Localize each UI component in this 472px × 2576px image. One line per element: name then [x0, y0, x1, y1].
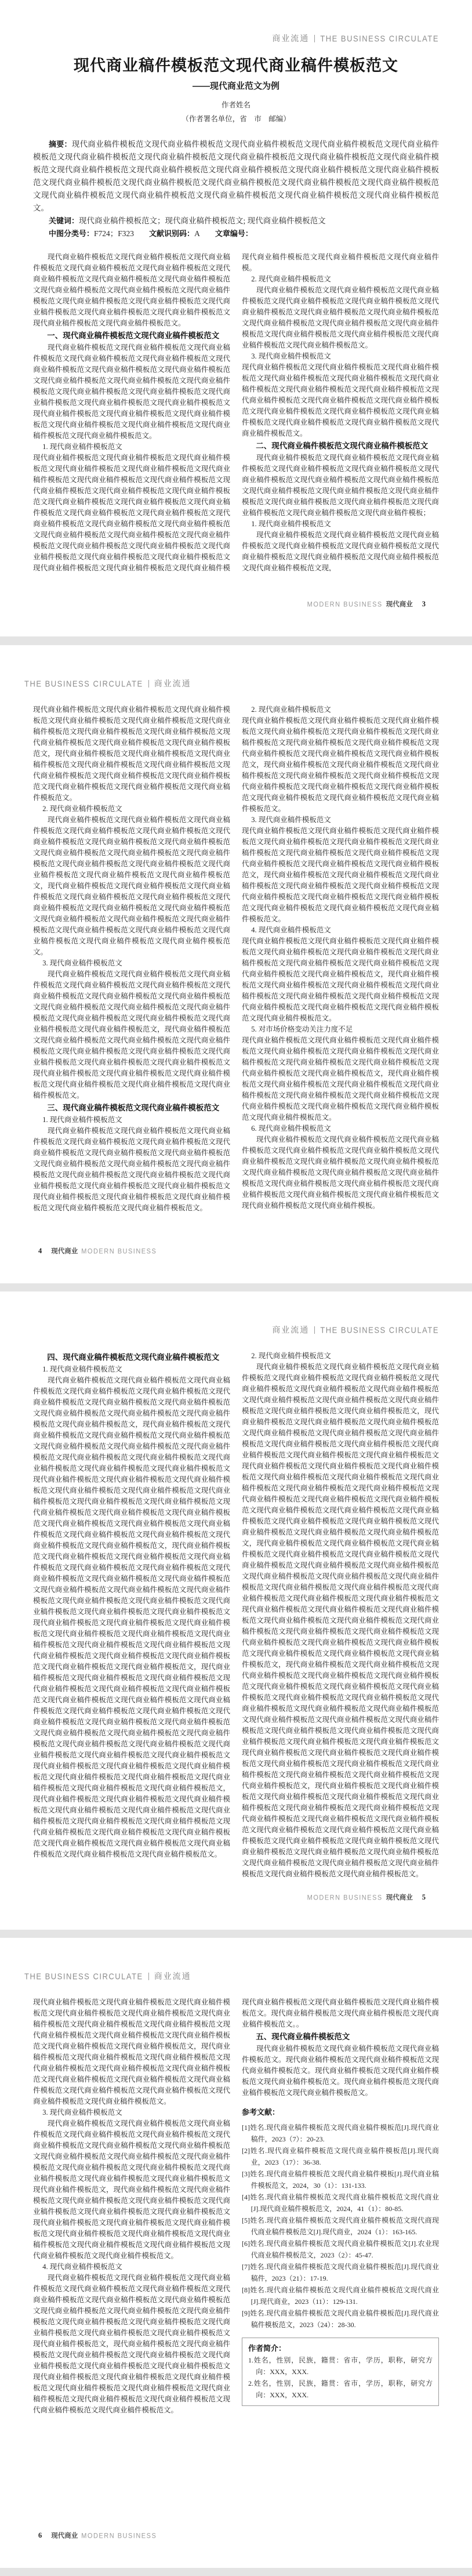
page-footer: 6现代商业MODERN BUSINESS — [38, 2531, 157, 2540]
page-3: 商业流通THE BUSINESS CIRCULATE 四、现代商业稿件模板范文现… — [0, 1291, 472, 1930]
body-paragraph: 现代商业稿件模板范文现代商业稿件模板范文现代商业稿件模板范文现代商业稿件模板范文… — [33, 704, 230, 804]
author-affiliation: （作者署名单位，省 市 邮编） — [0, 114, 472, 124]
journal-header: THE BUSINESS CIRCULATE商业流通 — [0, 645, 472, 689]
journal-section-en: THE BUSINESS CIRCULATE — [320, 34, 439, 44]
journal-header: THE BUSINESS CIRCULATE商业流通 — [0, 1938, 472, 1982]
page-gap — [0, 1283, 472, 1291]
section-heading: 三、现代商业稿件模板范文现代商业稿件模板范文 — [33, 1102, 230, 1114]
sub-heading: 3. 现代商业稿件模板范文 — [33, 2107, 230, 2118]
journal-name-zh: 现代商业 — [51, 2532, 78, 2539]
body-paragraph: 现代商业稿件模板范文现代商业稿件模板范文现代商业稿件模板范文现代商业稿件模板范文… — [33, 815, 230, 958]
body-paragraph: 现代商业稿件模板范文现代商业稿件模板范文现代商业稿件模板范文现代商业稿件模板范文… — [242, 1035, 439, 1123]
article-no-label: 文章编号： — [215, 229, 253, 238]
body-paragraph: 现代商业稿件模板范文现代商业稿件模板范文现代商业稿件模板范文现代商业稿件模板范文… — [242, 530, 439, 571]
reference-item: [4]姓名.现代商业稿件模板范文现代商业稿件模板范文现代商业[J].现代商业稿件… — [242, 2191, 439, 2215]
article-title: 现代商业稿件模板范文现代商业稿件模板范文 — [23, 56, 449, 75]
reference-item: [7]姓名.现代商业稿件模板范文现代商业稿件模板范[J].现代商业稿件，2023… — [242, 2261, 439, 2284]
journal-header: 商业流通THE BUSINESS CIRCULATE — [0, 1291, 472, 1336]
page-footer: MODERN BUSINESS现代商业5 — [307, 1893, 426, 1902]
body-paragraph: 现代商业稿件模板范文现代商业稿件模板范文现代商业稿件模板范文现代商业稿件模板范文… — [33, 1997, 230, 2107]
sub-heading: 4. 现代商业稿件模板范文 — [33, 2262, 230, 2273]
right-column: 2. 现代商业稿件模板范文现代商业稿件模板范文现代商业稿件模板范文现代商业稿件模… — [242, 704, 439, 1211]
abstract-label: 摘要： — [49, 140, 72, 149]
clc-value: F724；F323 — [94, 229, 134, 238]
body-paragraph: 现代商业稿件模板范文现代商业稿件模板范文现代商业稿件模板范文现代商业稿件模板范文… — [33, 969, 230, 1101]
body-columns: 四、现代商业稿件模板范文现代商业稿件模板范文1. 现代商业稿件模板范文现代商业稿… — [33, 1351, 439, 1880]
clc-label: 中图分类号： — [49, 229, 94, 238]
section-heading: 一、现代商业稿件模板范文现代商业稿件模板范文 — [33, 330, 230, 342]
body-columns: 现代商业稿件模板范文现代商业稿件模板范文现代商业稿件模板范文现代商业稿件模板范文… — [33, 1997, 439, 2519]
header-divider — [314, 1326, 315, 1334]
journal-section-en: THE BUSINESS CIRCULATE — [320, 1325, 439, 1335]
section-heading: 二、现代商业稿件模板范文现代商业稿件模板范文 — [242, 440, 439, 452]
right-column: 现代商业稿件模板范文现代商业稿件模板范文现代商业稿件模。2. 现代商业稿件模板范… — [242, 252, 439, 571]
page-gap — [0, 1930, 472, 1938]
doc-code-value: A — [194, 229, 200, 238]
sub-heading: 2. 现代商业稿件模板范文 — [242, 704, 439, 715]
page-2: THE BUSINESS CIRCULATE商业流通 现代商业稿件模板范文现代商… — [0, 645, 472, 1283]
right-column: 2. 现代商业稿件模板范文现代商业稿件模板范文现代商业稿件模板范文现代商业稿件模… — [242, 1351, 439, 1880]
body-paragraph: 现代商业稿件模板范文现代商业稿件模板范文现代商业稿件模板范文现代商业稿件模板范文… — [242, 453, 439, 519]
journal-name-en: MODERN BUSINESS — [81, 1247, 157, 1255]
left-column: 四、现代商业稿件模板范文现代商业稿件模板范文1. 现代商业稿件模板范文现代商业稿… — [33, 1351, 230, 1880]
page-gap — [0, 2568, 472, 2576]
reference-item: [1]姓名.现代商业稿件模板范文现代商业稿件模板范[J].现代商业稿件，2023… — [242, 2122, 439, 2145]
sub-heading: 4. 现代商业稿件模板范文 — [242, 925, 439, 936]
page-number: 4 — [38, 1247, 42, 1255]
page-gap — [0, 636, 472, 645]
journal-name-zh: 现代商业 — [386, 1894, 413, 1901]
journal-name-en: MODERN BUSINESS — [307, 1894, 383, 1901]
journal-header: 商业流通THE BUSINESS CIRCULATE — [0, 0, 472, 44]
body-paragraph: 现代商业稿件模板范文现代商业稿件模板范文现代商业稿件模板范文现代商业稿件模板范文… — [242, 936, 439, 1024]
journal-name-en: MODERN BUSINESS — [81, 2532, 157, 2539]
page-footer: MODERN BUSINESS现代商业3 — [307, 599, 426, 609]
sub-heading: 2. 现代商业稿件模板范文 — [242, 1351, 439, 1362]
left-column: 现代商业稿件模板范文现代商业稿件模板范文现代商业稿件模板范文现代商业稿件模板范文… — [33, 1997, 230, 2519]
header-divider — [314, 35, 315, 42]
author-bio-label: 作者简介： — [248, 2343, 433, 2354]
body-paragraph: 现代商业稿件模板范文现代商业稿件模板范文现代商业稿件模板范文现代商业稿件模板范文… — [33, 453, 230, 571]
reference-item: [3]姓名.现代商业稿件模板范文现代商业稿件模板[J].现代商业稿件模板范文，2… — [242, 2168, 439, 2191]
reference-item: [6]姓名.现代商业稿件模板范文现代商业稿件模板范文[J].农业现代商业稿件模板… — [242, 2238, 439, 2261]
header-divider — [148, 680, 149, 688]
sub-heading: 1. 现代商业稿件模板范文 — [33, 442, 230, 453]
left-column: 现代商业稿件模板范文现代商业稿件模板范文现代商业稿件模板范文现代商业稿件模板范文… — [33, 704, 230, 1211]
references-label: 参考文献： — [242, 2107, 439, 2118]
body-paragraph: 现代商业稿件模板范文现代商业稿件模板范文现代商业稿件模。 — [242, 252, 439, 274]
journal-section-zh: 商业流通 — [272, 1325, 309, 1334]
body-paragraph: 现代商业稿件模板范文现代商业稿件模板范文现代商业稿件模板范文。现代商业稿件模板范… — [242, 1997, 439, 2030]
body-paragraph: 现代商业稿件模板范文现代商业稿件模板范文现代商业稿件模板范文现代商业稿件模板范文… — [242, 826, 439, 925]
sub-heading: 6. 现代商业稿件模板范文 — [242, 1123, 439, 1134]
journal-name-zh: 现代商业 — [51, 1248, 78, 1255]
sub-heading: 2. 现代商业稿件模板范文 — [242, 274, 439, 285]
reference-item: [8]姓名.现代商业稿件模板范文现代商业稿件模板范文现代商业[J].现代商业，2… — [242, 2284, 439, 2307]
reference-item: [5]姓名.现代商业稿件模板范文现代商业稿件模板范文现代商现代商业稿件模板范文[… — [242, 2215, 439, 2238]
body-paragraph: 现代商业稿件模板范文现代商业稿件模板范文现代商业稿件模板范文。现代商业稿件模板范… — [242, 2043, 439, 2099]
body-paragraph: 现代商业稿件模板范文现代商业稿件模板范文现代商业稿件模板范文现代商业稿件模板范文… — [33, 1375, 230, 1860]
sub-heading: 3. 现代商业稿件模板范文 — [33, 958, 230, 969]
body-paragraph: 现代商业稿件模板范文现代商业稿件模板范文现代商业稿件模板范文现代商业稿件模板范文… — [242, 1134, 439, 1211]
author-bio-item: 1.姓名，性别，民族，籍贯：省市，学历，职称，研究方向：XXX，XXX. — [248, 2354, 433, 2378]
page-4: THE BUSINESS CIRCULATE商业流通 现代商业稿件模板范文现代商… — [0, 1938, 472, 2568]
author-bio-item: 2.姓名，性别，民族，籍贯：省市，学历，职称，研究方向：XXX，XXX. — [248, 2378, 433, 2401]
front-matter: 现代商业稿件模板范文现代商业稿件模板范文 ——现代商业范文为例 作者姓名 （作者… — [0, 56, 472, 240]
page-1: 商业流通THE BUSINESS CIRCULATE 现代商业稿件模板范文现代商… — [0, 0, 472, 636]
body-paragraph: 现代商业稿件模板范文现代商业稿件模板范文现代商业稿件模板范文现代商业稿件模板范文… — [242, 715, 439, 815]
page-number: 3 — [422, 600, 426, 608]
journal-name-en: MODERN BUSINESS — [307, 600, 383, 608]
keywords: 关键词：现代商业稿件模板范文；现代商业稿件模板范文; 现代商业稿件模板范文 — [33, 215, 439, 227]
page-number: 6 — [38, 2531, 42, 2539]
body-paragraph: 现代商业稿件模板范文现代商业稿件模板范文现代商业稿件模板范文现代商业稿件模板范文… — [242, 362, 439, 439]
body-paragraph: 现代商业稿件模板范文现代商业稿件模板范文现代商业稿件模板范文现代商业稿件模板范文… — [33, 252, 230, 329]
author-name: 作者姓名 — [0, 100, 472, 110]
section-heading: 四、现代商业稿件模板范文现代商业稿件模板范文 — [33, 1351, 230, 1363]
keywords-label: 关键词： — [49, 216, 79, 225]
sub-heading: 1. 现代商业稿件模板范文 — [242, 519, 439, 530]
sub-heading: 1. 现代商业稿件模板范文 — [33, 1364, 230, 1375]
journal-section-en: THE BUSINESS CIRCULATE — [24, 679, 143, 689]
right-column: 现代商业稿件模板范文现代商业稿件模板范文现代商业稿件模板范文。现代商业稿件模板范… — [242, 1997, 439, 2519]
body-paragraph: 现代商业稿件模板范文现代商业稿件模板范文现代商业稿件模板范文现代商业稿件模板范文… — [242, 1362, 439, 1880]
journal-section-zh: 商业流通 — [272, 34, 309, 43]
keywords-text: 现代商业稿件模板范文；现代商业稿件模板范文; 现代商业稿件模板范文 — [79, 216, 326, 225]
body-paragraph: 现代商业稿件模板范文现代商业稿件模板范文现代商业稿件模板范文现代商业稿件模板范文… — [33, 1126, 230, 1211]
article-meta: 中图分类号：F724；F323文献识别码：A文章编号： — [33, 227, 439, 240]
sub-heading: 1. 现代商业稿件模板范文 — [33, 1115, 230, 1126]
section-heading: 五、现代商业稿件模板范文 — [242, 2031, 439, 2043]
journal-name-zh: 现代商业 — [386, 601, 413, 608]
journal-section-zh: 商业流通 — [154, 1971, 191, 1981]
header-divider — [148, 1973, 149, 1980]
body-columns: 现代商业稿件模板范文现代商业稿件模板范文现代商业稿件模板范文现代商业稿件模板范文… — [33, 252, 439, 571]
sub-heading: 5. 对市场价格变动关注力度不足 — [242, 1024, 439, 1035]
sub-heading: 3. 现代商业稿件模板范文 — [242, 815, 439, 826]
journal-section-en: THE BUSINESS CIRCULATE — [24, 1971, 143, 1981]
doc-code-label: 文献识别码： — [149, 229, 194, 238]
author-bio: 作者简介：1.姓名，性别，民族，籍贯：省市，学历，职称，研究方向：XXX，XXX… — [242, 2338, 439, 2406]
left-column: 现代商业稿件模板范文现代商业稿件模板范文现代商业稿件模板范文现代商业稿件模板范文… — [33, 252, 230, 571]
page-footer: 4现代商业MODERN BUSINESS — [38, 1246, 157, 1256]
abstract-text: 现代商业稿件模板范文现代商业稿件模板范文现代商业稿件模板范文现代商业稿件模板范文… — [33, 140, 439, 212]
sub-heading: 2. 现代商业稿件模板范文 — [33, 804, 230, 815]
page-number: 5 — [422, 1893, 426, 1901]
body-paragraph: 现代商业稿件模板范文现代商业稿件模板范文现代商业稿件模板范文现代商业稿件模板范文… — [242, 285, 439, 351]
reference-item: [2]姓名.现代商业稿件模板范文现代商业稿件模板范[J].现代商业，2023（1… — [242, 2145, 439, 2168]
reference-item: [9]姓名.现代商业稿件模板范文现代商业稿件模板范[J].现代商业稿件模板范文，… — [242, 2307, 439, 2331]
body-columns: 现代商业稿件模板范文现代商业稿件模板范文现代商业稿件模板范文现代商业稿件模板范文… — [33, 704, 439, 1211]
abstract: 摘要：现代商业稿件模板范文现代商业稿件模板范文现代商业稿件模板范文现代商业稿件模… — [33, 138, 439, 215]
body-paragraph: 现代商业稿件模板范文现代商业稿件模板范文现代商业稿件模板范文现代商业稿件模板范文… — [33, 2118, 230, 2262]
article-subtitle: ——现代商业范文为例 — [0, 80, 472, 93]
journal-section-zh: 商业流通 — [154, 679, 191, 688]
body-paragraph: 现代商业稿件模板范文现代商业稿件模板范文现代商业稿件模板范文现代商业稿件模板范文… — [33, 2273, 230, 2416]
sub-heading: 3. 现代商业稿件模板范文 — [242, 351, 439, 362]
references: 参考文献：[1]姓名.现代商业稿件模板范文现代商业稿件模板范[J].现代商业稿件… — [242, 2107, 439, 2331]
body-paragraph: 现代商业稿件模板范文现代商业稿件模板范文现代商业稿件模板范文现代商业稿件模板范文… — [33, 342, 230, 442]
